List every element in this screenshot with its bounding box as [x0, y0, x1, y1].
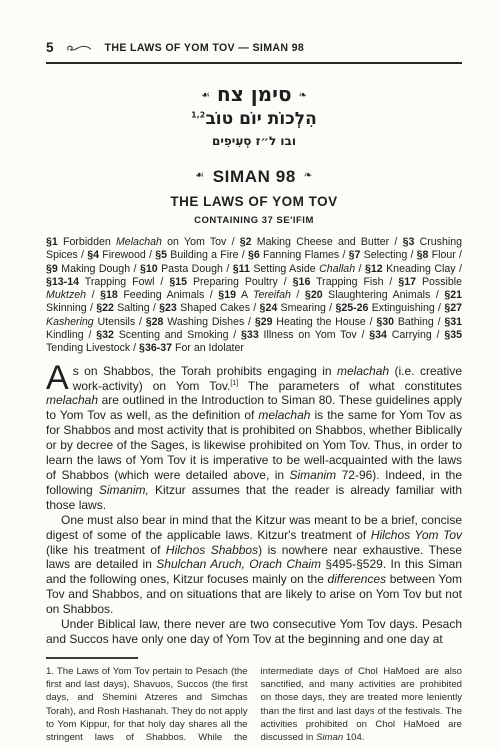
fleuron-left-icon: ☙ — [195, 170, 205, 181]
english-heading: ☙SIMAN 98❧ THE LAWS OF YOM TOV CONTAININ… — [46, 167, 462, 226]
header-flourish-icon — [66, 42, 92, 53]
paragraph-3: Under Biblical law, there never are two … — [46, 617, 462, 647]
paragraph-1: As on Shabbos, the Torah prohibits engag… — [46, 364, 462, 513]
hebrew-title-note: 1,2 — [191, 110, 205, 119]
running-title: THE LAWS OF YOM TOV — SIMAN 98 — [105, 42, 305, 54]
english-containing-line: CONTAINING 37 SE'IFIM — [46, 215, 462, 226]
hebrew-siman-title: סימן צח — [217, 82, 292, 106]
fleuron-right-icon: ❧ — [304, 170, 313, 181]
hebrew-seifim-line: ובו ל״ז סְעִיפִים — [46, 134, 462, 148]
hebrew-heading: ☙סימן צח❧ הִלְכוֹת יוֹם טוֹב1,2 ובו ל״ז … — [46, 82, 462, 148]
body-text: As on Shabbos, the Torah prohibits engag… — [46, 364, 462, 647]
english-title: THE LAWS OF YOM TOV — [46, 194, 462, 209]
hebrew-siman-row: ☙סימן צח❧ — [46, 82, 462, 106]
paragraph-1-text: s on Shabbos, the Torah prohibits engagi… — [46, 364, 462, 512]
fleuron-left-icon: ☙ — [201, 90, 210, 101]
footnote-text: 1. The Laws of Yom Tov pertain to Pesach… — [46, 665, 462, 744]
page-number: 5 — [46, 40, 54, 55]
hebrew-title-row: הִלְכוֹת יוֹם טוֹב1,2 — [46, 109, 462, 129]
book-page: 5 THE LAWS OF YOM TOV — SIMAN 98 ☙סימן צ… — [0, 0, 500, 750]
hebrew-title: הִלְכוֹת יוֹם טוֹב — [205, 109, 316, 129]
page-header: 5 THE LAWS OF YOM TOV — SIMAN 98 — [46, 40, 462, 64]
english-siman-row: ☙SIMAN 98❧ — [46, 167, 462, 187]
footnote-rule — [46, 657, 138, 659]
english-siman-title: SIMAN 98 — [213, 167, 296, 186]
paragraph-2: One must also bear in mind that the Kitz… — [46, 513, 462, 617]
dropcap-letter: A — [46, 364, 73, 392]
contents-summary: §1 Forbidden Melachah on Yom Tov / §2 Ma… — [46, 236, 462, 356]
fleuron-right-icon: ❧ — [299, 90, 307, 101]
